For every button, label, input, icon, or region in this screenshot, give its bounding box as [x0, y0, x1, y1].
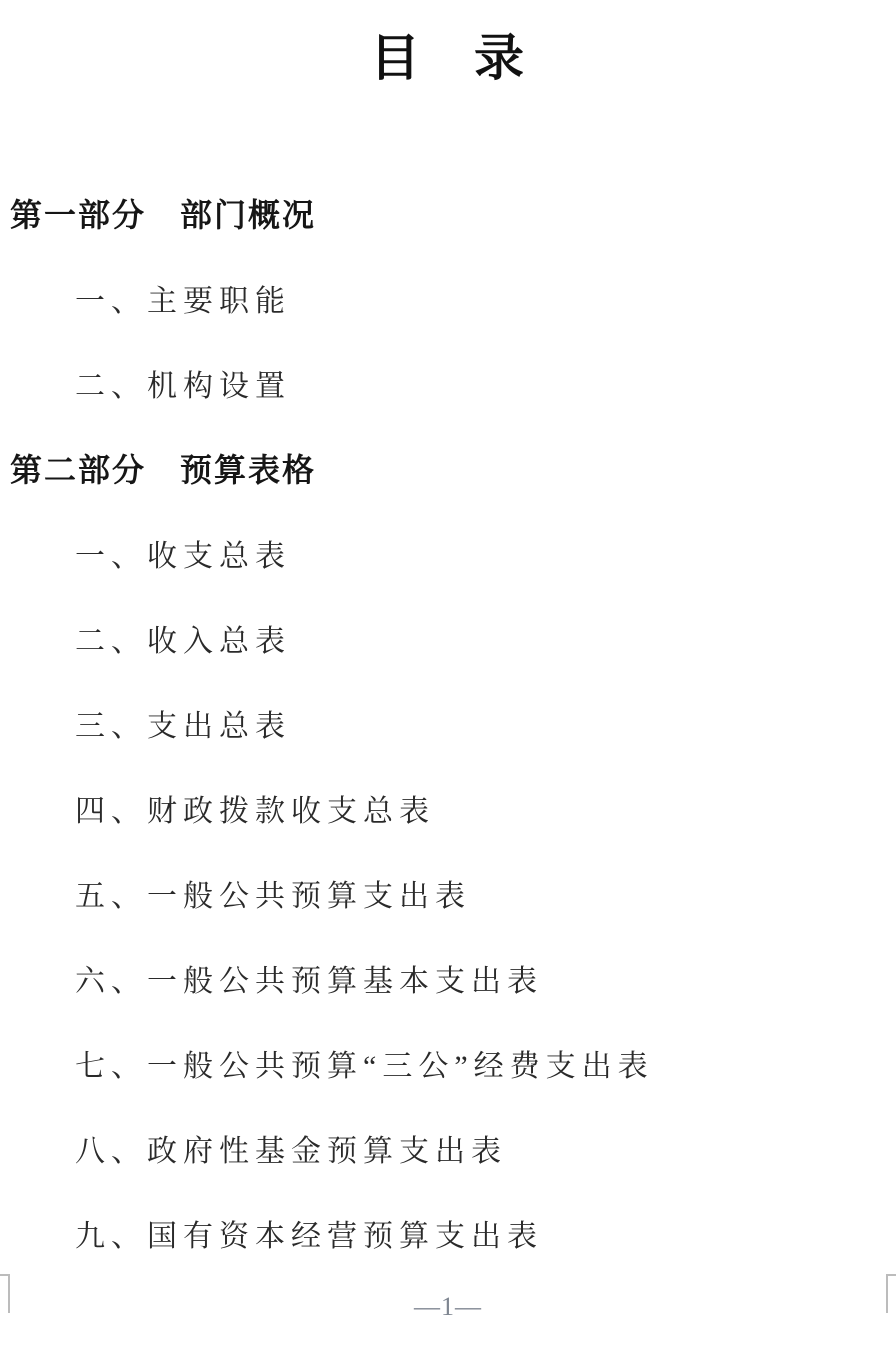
toc-entry: 二、机构设置: [0, 340, 896, 425]
toc-entry: 一、主要职能: [0, 255, 896, 340]
toc-section-2-item-7: 七、一般公共预算“三公”经费支出表: [0, 1041, 654, 1085]
toc-entry: 九、国有资本经营预算支出表: [0, 1190, 896, 1275]
toc-section-2-item-9: 九、国有资本经营预算支出表: [0, 1211, 543, 1255]
toc-section-1-item-1: 一、主要职能: [0, 276, 291, 320]
page-title: 目 录: [0, 22, 896, 94]
toc-section-1-heading: 第一部分 部门概况: [0, 190, 316, 236]
toc-entry: 三、支出总表: [0, 680, 896, 765]
toc-entry: 四、财政拨款收支总表: [0, 765, 896, 850]
toc-section-heading: 第一部分 部门概况: [0, 170, 896, 255]
toc-section-2-item-5: 五、一般公共预算支出表: [0, 871, 471, 915]
table-of-contents: 第一部分 部门概况 一、主要职能 二、机构设置 第二部分 预算表格 一、收支总表…: [0, 170, 896, 1275]
toc-section-2-item-4: 四、财政拨款收支总表: [0, 786, 435, 830]
toc-section-2-heading: 第二部分 预算表格: [0, 445, 316, 491]
toc-entry: 七、一般公共预算“三公”经费支出表: [0, 1020, 896, 1105]
toc-section-2-item-3: 三、支出总表: [0, 701, 291, 745]
toc-section-2-item-6: 六、一般公共预算基本支出表: [0, 956, 543, 1000]
toc-section-heading: 第二部分 预算表格: [0, 425, 896, 510]
toc-entry: 六、一般公共预算基本支出表: [0, 935, 896, 1020]
toc-section-2-item-1: 一、收支总表: [0, 531, 291, 575]
toc-entry: 八、政府性基金预算支出表: [0, 1105, 896, 1190]
document-page: 目 录 第一部分 部门概况 一、主要职能 二、机构设置 第二部分 预算表格 一、…: [0, 0, 896, 1350]
toc-entry: 二、收入总表: [0, 595, 896, 680]
toc-section-1-item-2: 二、机构设置: [0, 361, 291, 405]
toc-entry: 一、收支总表: [0, 510, 896, 595]
toc-entry: 五、一般公共预算支出表: [0, 850, 896, 935]
toc-section-2-item-2: 二、收入总表: [0, 616, 291, 660]
page-number: —1—: [0, 1292, 896, 1322]
toc-section-2-item-8: 八、政府性基金预算支出表: [0, 1126, 507, 1170]
